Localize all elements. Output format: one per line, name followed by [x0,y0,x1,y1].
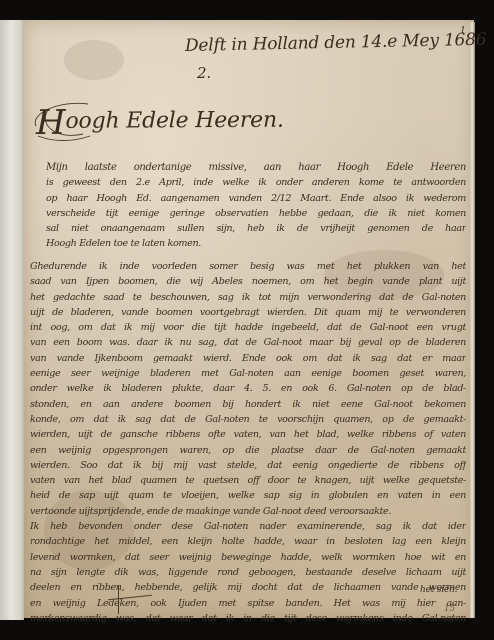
paragraph-intro: Mijn laatste ondertanige missive, aan ha… [46,160,466,252]
text-line: op haar Hoogh Ed. aangenamen vanden 2/12… [46,191,466,206]
text-line: merkenswaardig was, dat waar dat ik in d… [30,611,466,626]
text-line: levend wormken, dat seer weijnig bewegin… [30,550,466,565]
text-line: een weijnig opgesprongen waren, op die p… [30,443,466,458]
catchword: het sien. [420,585,457,595]
paper-stain [64,40,124,80]
text-line: vertoonde uijtsprijdende, ende de maakin… [30,504,466,519]
text-line: verscheide tijt eenige geringe observati… [46,206,466,221]
cross-mark-icon [118,586,119,614]
text-line: heid de sap uijt quam te vloeijen, welke… [30,488,466,503]
text-line: deelen en ribben, hebbende, gelijk mij d… [30,580,466,595]
text-line: wierden. Soo dat ik bij mij vast stelde,… [30,458,466,473]
text-line: Ik heb bevonden onder dese Gal-noten nad… [30,519,466,534]
letter-number: 2. [197,64,211,82]
text-line: vaten van het blad quamen te quetsen off… [30,473,466,488]
text-line: wierden, uijt de gansche ribbens ofte va… [30,427,466,442]
text-line: van een boom was. daar ik nu sag, dat de… [30,335,466,350]
text-line: Hoogh Edelen toe te laten komen. [46,236,466,251]
text-line: en weijnig Ledeken, ook Ijuden met spits… [30,596,466,611]
text-line: onder welke ik bladeren plukte, daar 4. … [30,381,466,396]
text-line: van vande Ijkenboom gemaakt wierd. Ende … [30,351,466,366]
text-line: Mijn laatste ondertanige missive, aan ha… [46,160,466,175]
text-line: is geweest den 2.e April, inde welke ik … [46,175,466,190]
text-line: eenige seer weijnige bladeren met Gal-no… [30,366,466,381]
text-line: int oog, om dat ik mij voor die tijt had… [30,320,466,335]
text-line: saad van Ijpen boomen, die wij Abeles no… [30,274,466,289]
text-line: het gedachte saad te beschouwen, sag ik … [30,290,466,305]
salutation-initial: H [36,103,66,143]
page-right-edge [470,22,475,618]
text-line: na sijn lengte dik was, liggende rond ge… [30,565,466,580]
book-spine-edge [0,20,24,620]
text-line: uijt de bladeren, vande boomen voortgebr… [30,305,466,320]
text-line: sal niet onaangenaam sullen sijn, heb ik… [46,221,466,236]
text-line: Ghedurende ik inde voorleden somer besig… [30,259,466,274]
paragraph-body: Ghedurende ik inde voorleden somer besig… [30,259,466,626]
page-number: 15 [444,604,455,614]
salutation-text: oogh Edele Heeren. [65,108,283,134]
salutation: Hoogh Edele Heeren. [36,102,284,143]
text-line: stonden, en aan andere boomen bij honder… [30,397,466,412]
text-line: rondachtige het middel, een kleijn holte… [30,534,466,549]
text-line: konde, om dat ik sag dat de Gal-noten te… [30,412,466,427]
